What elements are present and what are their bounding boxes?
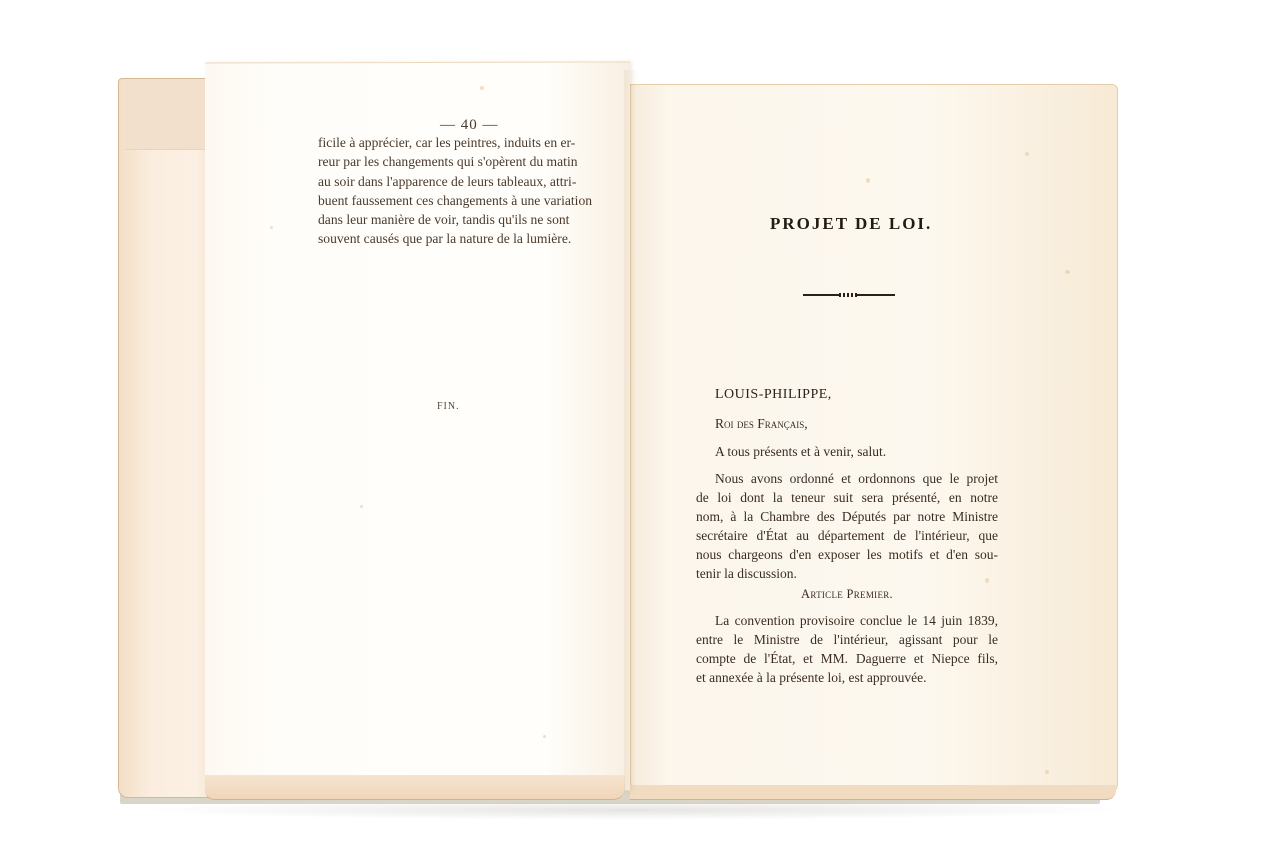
article-paragraph: La convention provisoire conclue le 14 j… (696, 611, 998, 687)
ornament-rule-icon (803, 293, 895, 297)
foxing-spot (480, 86, 484, 90)
rule-ornament-center (839, 293, 859, 297)
text-line: Nous avons ordonné et ordonnons que le p… (696, 469, 998, 488)
text-line: tenir la discussion. (696, 564, 998, 583)
text-line: dans leur manière de voir, tandis qu'ils… (318, 210, 623, 229)
foxing-spot (270, 226, 273, 229)
book-gutter (624, 70, 638, 795)
open-book: — 40 — ficile à apprécier, car les peint… (0, 0, 1280, 853)
king-title: Roi des Français, (715, 416, 808, 432)
text-line: entre le Ministre de l'intérieur, agissa… (696, 630, 998, 649)
left-page-curl (205, 775, 625, 800)
end-mark: FIN. (437, 401, 460, 412)
foxing-spot (1065, 270, 1070, 274)
text-line: nous chargeons d'en exposer les motifs e… (696, 545, 998, 564)
foxing-spot (1025, 152, 1029, 156)
text-line: compte de l'État, et MM. Daguerre et Nie… (696, 649, 998, 668)
preamble-paragraph: Nous avons ordonné et ordonnons que le p… (696, 469, 998, 583)
page-number: — 40 — (440, 117, 499, 134)
right-page-edge (630, 785, 1116, 800)
article-heading: Article Premier. (801, 587, 893, 602)
water-stain (125, 79, 205, 150)
text-line: buent faussement ces changements à une v… (318, 191, 623, 210)
salutation: A tous présents et à venir, salut. (715, 444, 886, 460)
rule-left (803, 294, 841, 296)
text-line: et annexée à la présente loi, est approu… (696, 668, 998, 687)
page-title: PROJET DE LOI. (770, 214, 932, 234)
foxing-spot (543, 735, 546, 738)
right-page (630, 84, 1118, 794)
text-line: secrétaire d'État au département de l'in… (696, 526, 998, 545)
foxing-spot (1045, 770, 1049, 774)
king-name: LOUIS-PHILIPPE, (715, 387, 832, 403)
text-line: nom, à la Chambre des Députés par notre … (696, 507, 998, 526)
text-line: reur par les changements qui s'opèrent d… (318, 152, 623, 171)
left-page-text: ficile à apprécier, car les peintres, in… (318, 133, 623, 249)
text-line: souvent causés que par la nature de la l… (318, 229, 623, 248)
foxing-spot (866, 178, 870, 183)
text-line: au soir dans l'apparence de leurs tablea… (318, 172, 623, 191)
text-line: La convention provisoire conclue le 14 j… (696, 611, 998, 630)
text-line: de loi dont la teneur suit sera présenté… (696, 488, 998, 507)
text-line: ficile à apprécier, car les peintres, in… (318, 133, 623, 152)
foxing-spot (360, 505, 363, 508)
rule-right (857, 294, 895, 296)
